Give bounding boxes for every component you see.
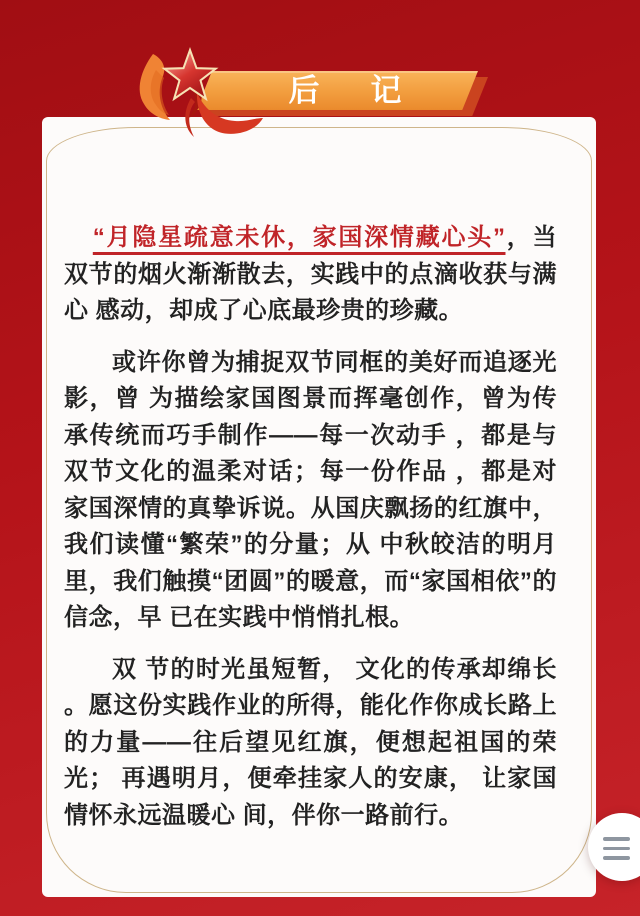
paragraph-2: 或许你曾为捕捉双节同框的美好而追逐光影，曾 为描绘家国图景而挥毫创作，曾为传承传… [64, 345, 557, 637]
page-background: 后 记 “月隐星疏意未休，家国深情藏心头”，当双节的烟火渐渐散去，实践中的点滴收… [0, 0, 640, 916]
red-star-icon [164, 50, 215, 99]
content-card: “月隐星疏意未休，家国深情藏心头”，当双节的烟火渐渐散去，实践中的点滴收获与满心… [42, 117, 596, 897]
ribbon-icon [185, 90, 263, 137]
flame-icon [140, 54, 170, 120]
hamburger-menu-icon [603, 837, 630, 860]
star-ribbon-emblem [133, 40, 293, 152]
paragraph-1: “月隐星疏意未休，家国深情藏心头”，当双节的烟火渐渐散去，实践中的点滴收获与满心… [64, 220, 557, 330]
highlight-quote: “月隐星疏意未休，家国深情藏心头” [93, 224, 506, 251]
article: “月隐星疏意未休，家国深情藏心头”，当双节的烟火渐渐散去，实践中的点滴收获与满心… [64, 220, 557, 849]
paragraph-3: 双 节的时光虽短暂， 文化的传承却绵长 。愿这份实践作业的所得，能化作你成长路上… [64, 652, 557, 835]
